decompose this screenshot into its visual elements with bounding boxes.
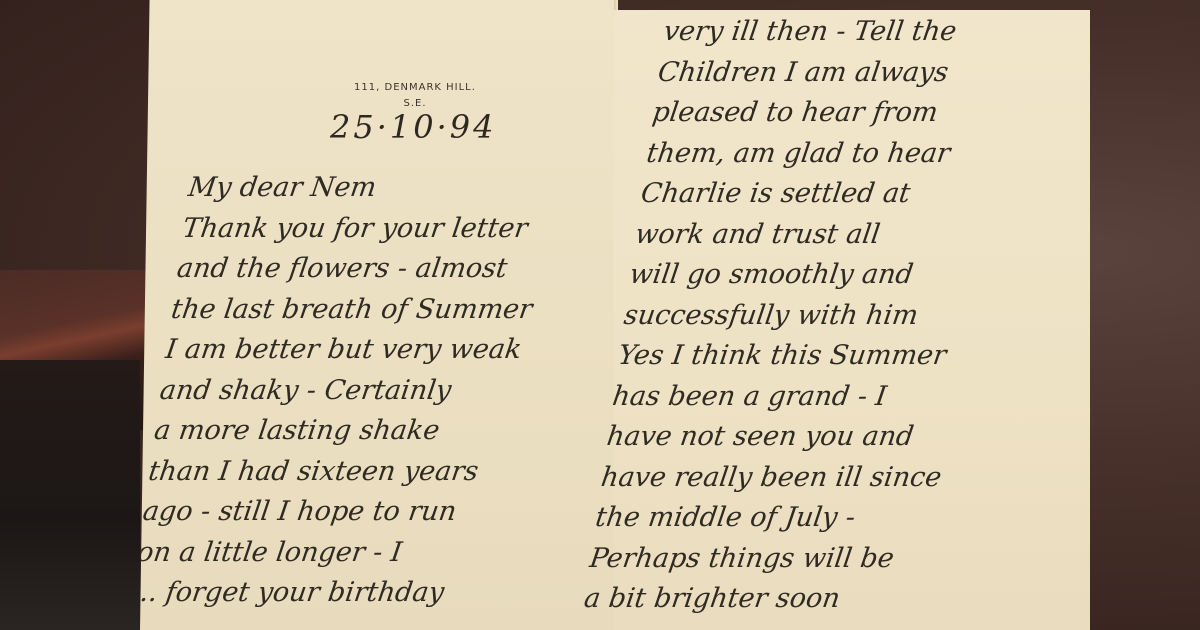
left-page-text: My dear Nem Thank you for your letter an… — [129, 168, 552, 614]
handwritten-line: and the flowers - almost — [174, 249, 540, 290]
handwritten-line: the middle of July - — [593, 498, 939, 539]
handwritten-line: Charlie is settled at — [638, 174, 984, 215]
handwritten-line: on a little longer - I — [134, 533, 500, 574]
handwritten-line: Perhaps things will be — [587, 539, 933, 580]
handwritten-line: ... forget your birthday — [129, 573, 495, 614]
handwritten-line: have really been ill since — [598, 458, 944, 499]
handwritten-line: will go smoothly and — [627, 255, 973, 296]
handwritten-line: My dear Nem — [186, 168, 552, 209]
handwritten-line: work and trust all — [633, 215, 979, 256]
desk-shadow — [0, 360, 140, 630]
handwritten-line: the last breath of Summer — [169, 290, 535, 331]
letterhead-address: 111, DENMARK HILL. — [330, 80, 500, 96]
handwritten-line: Yes I think this Summer — [615, 336, 961, 377]
right-page-text: very ill then - Tell the Children I am a… — [581, 12, 1006, 620]
handwritten-line: Thank you for your letter — [180, 209, 546, 250]
letter-date: 25·10·94 — [330, 108, 497, 146]
handwritten-line: successfully with him — [621, 296, 967, 337]
handwritten-line: a more lasting shake — [151, 411, 517, 452]
handwritten-line: pleased to hear from — [650, 93, 996, 134]
handwritten-line: ago - still I hope to run — [140, 492, 506, 533]
handwritten-line: than I had sixteen years — [146, 452, 512, 493]
handwritten-line: them, am glad to hear — [644, 134, 990, 175]
handwritten-line: have not seen you and — [604, 417, 950, 458]
handwritten-line: I am better but very weak — [163, 330, 529, 371]
letter-page-right: very ill then - Tell the Children I am a… — [614, 10, 1090, 630]
handwritten-line: a bit brighter soon — [581, 579, 927, 620]
handwritten-line: very ill then - Tell the — [661, 12, 1007, 53]
handwritten-line: has been a grand - I — [610, 377, 956, 418]
handwritten-line: and shaky - Certainly — [157, 371, 523, 412]
letter-page-left: 111, DENMARK HILL. S.E. 25·10·94 My dear… — [140, 0, 618, 630]
handwritten-line: Children I am always — [655, 53, 1001, 94]
letter: 111, DENMARK HILL. S.E. 25·10·94 My dear… — [120, 0, 1100, 630]
